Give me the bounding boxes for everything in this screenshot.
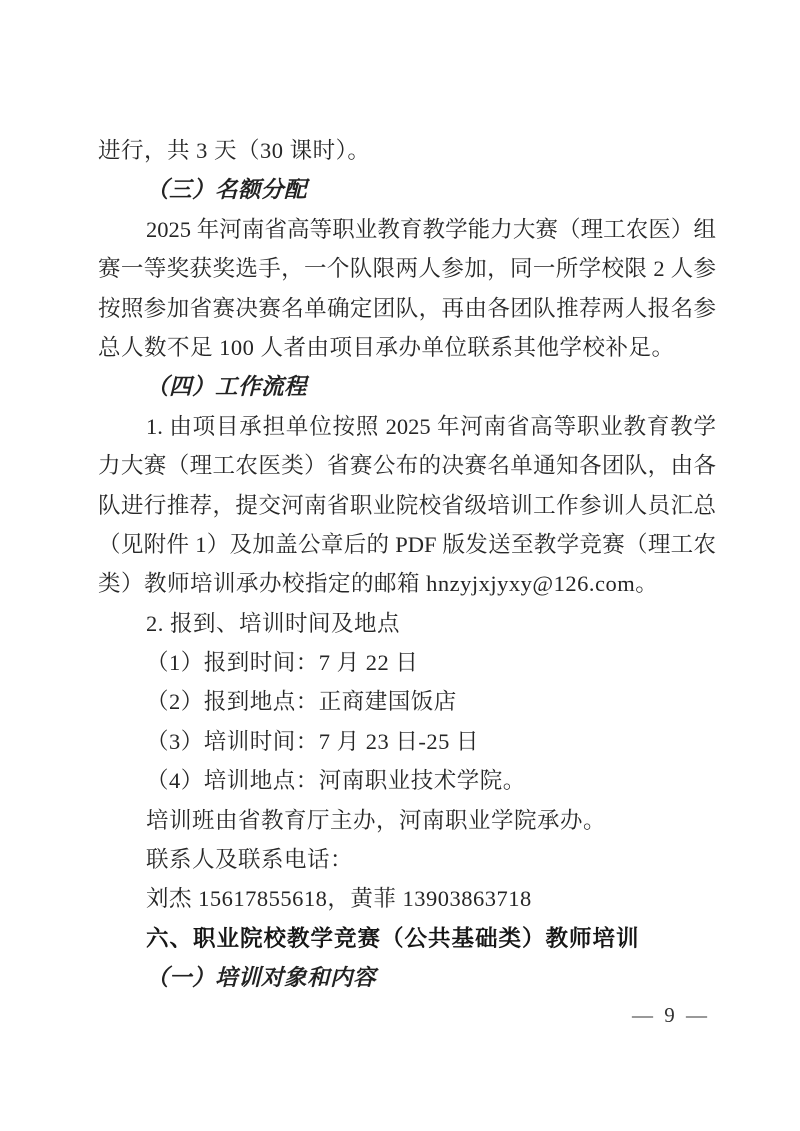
body-line-organizer: 培训班由省教育厅主办，河南职业学院承办。 bbox=[98, 801, 716, 840]
body-line: 1. 由项目承担单位按照 2025 年河南省高等职业教育教学能 bbox=[98, 407, 716, 446]
body-line-email: 类）教师培训承办校指定的邮箱 hnzyjxjyxy@126.com。 bbox=[98, 564, 716, 603]
body-line: （见附件 1）及加盖公章后的 PDF 版发送至教学竞赛（理工农医 bbox=[98, 525, 716, 564]
body-line: 按照参加省赛决赛名单确定团队，再由各团队推荐两人报名参加， bbox=[98, 289, 716, 328]
body-line-contact-numbers: 刘杰 15617855618，黄菲 13903863718 bbox=[98, 879, 716, 918]
document-page: 进行，共 3 天（30 课时）。 （三）名额分配 2025 年河南省高等职业教育… bbox=[0, 0, 800, 1131]
body-line-checkin-time: （1）报到时间：7 月 22 日 bbox=[98, 643, 716, 682]
chapter-heading-six: 六、职业院校教学竞赛（公共基础类）教师培训 bbox=[98, 919, 716, 958]
body-line-training-time: （3）培训时间：7 月 23 日-25 日 bbox=[98, 722, 716, 761]
section-heading-workflow: （四）工作流程 bbox=[98, 367, 716, 406]
body-line: 2025 年河南省高等职业教育教学能力大赛（理工农医）组省 bbox=[98, 210, 716, 249]
section-heading-quota: （三）名额分配 bbox=[98, 170, 716, 209]
body-line-checkin-place: （2）报到地点：正商建国饭店 bbox=[98, 682, 716, 721]
body-line: 进行，共 3 天（30 课时）。 bbox=[98, 131, 716, 170]
body-line-training-place: （4）培训地点：河南职业技术学院。 bbox=[98, 761, 716, 800]
body-line: 队进行推荐，提交河南省职业院校省级培训工作参训人员汇总表 bbox=[98, 486, 716, 525]
section-heading-trainees: （一）培训对象和内容 bbox=[98, 958, 716, 997]
document-body: 进行，共 3 天（30 课时）。 （三）名额分配 2025 年河南省高等职业教育… bbox=[98, 131, 716, 998]
body-line: 2. 报到、培训时间及地点 bbox=[98, 604, 716, 643]
body-line: 赛一等奖获奖选手，一个队限两人参加，同一所学校限 2 人参加。 bbox=[98, 249, 716, 288]
body-line: 力大赛（理工农医类）省赛公布的决赛名单通知各团队，由各团 bbox=[98, 446, 716, 485]
page-number: — 9 — bbox=[632, 1001, 710, 1029]
body-line: 总人数不足 100 人者由项目承办单位联系其他学校补足。 bbox=[98, 328, 716, 367]
body-line-contact-label: 联系人及联系电话： bbox=[98, 840, 716, 879]
